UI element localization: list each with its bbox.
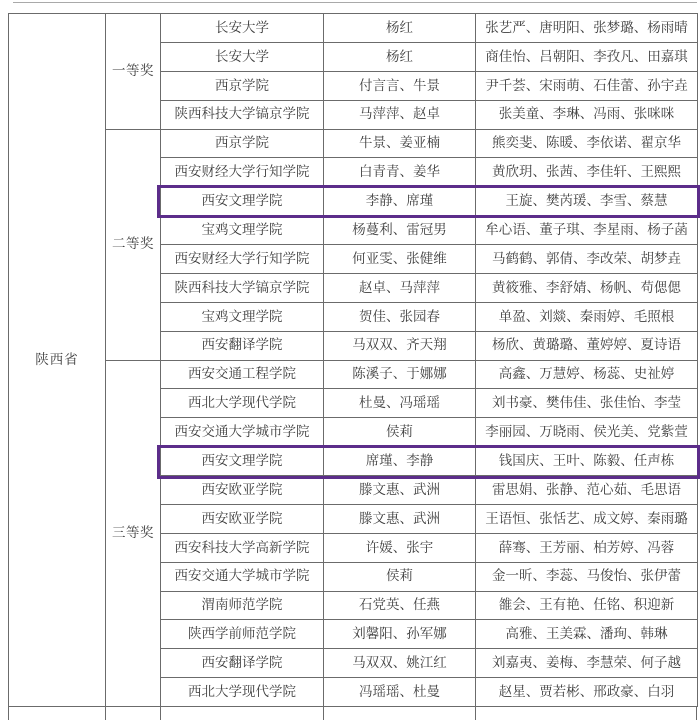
students-cell: 王语恒、张恬艺、成文婷、秦雨璐 <box>476 504 698 533</box>
university-cell: 西安财经大学行知学院 <box>161 158 324 187</box>
university-cell: 西京学院 <box>161 129 324 158</box>
university-cell: 西安翻译学院 <box>161 331 324 360</box>
table-row: 三等奖西安交通工程学院陈溪子、于娜娜高鑫、万慧婷、杨蕊、史祉婷 <box>9 360 698 389</box>
teachers-cell: 陈溪子、于娜娜 <box>324 360 476 389</box>
teachers-cell: 滕文惠、武洲 <box>324 504 476 533</box>
university-cell: 长安大学 <box>161 42 324 71</box>
teachers-cell: 席瑾、李静 <box>324 447 476 476</box>
university-cell: 西北大学现代学院 <box>161 678 324 707</box>
previous-section-border-line <box>13 2 697 3</box>
university-cell: 渭南师范学院 <box>161 591 324 620</box>
university-cell: 西安欧亚学院 <box>161 476 324 505</box>
teachers-cell: 滕文惠、武洲 <box>324 476 476 505</box>
partial-row-border-line <box>475 707 476 720</box>
students-cell: 杨欣、黄璐璐、董婷婷、夏诗语 <box>476 331 698 360</box>
students-cell: 金一昕、李蕊、马俊怡、张伊蕾 <box>476 562 698 591</box>
teachers-cell: 贺佳、张园春 <box>324 302 476 331</box>
students-cell: 黄欣玥、张茜、李佳轩、王熙熙 <box>476 158 698 187</box>
students-cell: 王旋、樊芮瑗、李雪、蔡慧 <box>476 187 698 216</box>
students-cell: 赵星、贾若彬、邢政豪、白羽 <box>476 678 698 707</box>
university-cell: 陕西学前师范学院 <box>161 620 324 649</box>
teachers-cell: 石党英、任燕 <box>324 591 476 620</box>
teachers-cell: 杨红 <box>324 42 476 71</box>
teachers-cell: 杜曼、冯瑶瑶 <box>324 389 476 418</box>
table-row: 二等奖西京学院牛景、姜亚楠熊奕斐、陈暖、李依诺、翟京华 <box>9 129 698 158</box>
teachers-cell: 冯瑶瑶、杜曼 <box>324 678 476 707</box>
teachers-cell: 赵卓、马萍萍 <box>324 273 476 302</box>
university-cell: 西安翻译学院 <box>161 649 324 678</box>
province-cell: 陕西省 <box>9 14 106 707</box>
teachers-cell: 马双双、齐天翔 <box>324 331 476 360</box>
students-cell: 刘书豪、樊伟佳、张佳怡、李莹 <box>476 389 698 418</box>
award-level-cell: 二等奖 <box>106 129 161 360</box>
university-cell: 西安欧亚学院 <box>161 504 324 533</box>
partial-row-border-line <box>696 707 697 720</box>
award-table: 陕西省一等奖长安大学杨红张艺严、唐明阳、张梦璐、杨雨晴长安大学杨红商佳怡、吕朝阳… <box>8 13 698 707</box>
students-cell: 雷思娟、张静、范心茹、毛思语 <box>476 476 698 505</box>
award-table-page: 陕西省一等奖长安大学杨红张艺严、唐明阳、张梦璐、杨雨晴长安大学杨红商佳怡、吕朝阳… <box>0 0 700 720</box>
students-cell: 薛骞、王芳丽、柏芳婷、冯蓉 <box>476 533 698 562</box>
award-level-cell: 一等奖 <box>106 14 161 130</box>
students-cell: 钱国庆、王叶、陈毅、任声栋 <box>476 447 698 476</box>
teachers-cell: 马双双、姚江红 <box>324 649 476 678</box>
teachers-cell: 许媛、张宇 <box>324 533 476 562</box>
university-cell: 西北大学现代学院 <box>161 389 324 418</box>
university-cell: 西安交通大学城市学院 <box>161 418 324 447</box>
university-cell: 长安大学 <box>161 14 324 43</box>
students-cell: 商佳怡、吕朝阳、李孜凡、田嘉琪 <box>476 42 698 71</box>
teachers-cell: 李静、席瑾 <box>324 187 476 216</box>
teachers-cell: 何亚雯、张健维 <box>324 245 476 274</box>
university-cell: 西京学院 <box>161 71 324 100</box>
university-cell: 西安科技大学高新学院 <box>161 533 324 562</box>
teachers-cell: 付言言、牛景 <box>324 71 476 100</box>
award-table-body: 陕西省一等奖长安大学杨红张艺严、唐明阳、张梦璐、杨雨晴长安大学杨红商佳怡、吕朝阳… <box>9 14 698 707</box>
students-cell: 黄筱雅、李舒婧、杨帆、苟偲偲 <box>476 273 698 302</box>
students-cell: 张艺严、唐明阳、张梦璐、杨雨晴 <box>476 14 698 43</box>
next-section-partial-row <box>8 707 697 720</box>
university-cell: 陕西科技大学镐京学院 <box>161 100 324 129</box>
students-cell: 雒会、王有艳、任铭、积迎新 <box>476 591 698 620</box>
partial-row-border-line <box>160 707 161 720</box>
teachers-cell: 杨红 <box>324 14 476 43</box>
partial-row-border-line <box>323 707 324 720</box>
university-cell: 西安财经大学行知学院 <box>161 245 324 274</box>
teachers-cell: 白青青、姜华 <box>324 158 476 187</box>
partial-row-border-line <box>8 707 9 720</box>
students-cell: 高鑫、万慧婷、杨蕊、史祉婷 <box>476 360 698 389</box>
students-cell: 马鹤鹤、郭倩、李改荣、胡梦垚 <box>476 245 698 274</box>
teachers-cell: 马萍萍、赵卓 <box>324 100 476 129</box>
table-row: 陕西省一等奖长安大学杨红张艺严、唐明阳、张梦璐、杨雨晴 <box>9 14 698 43</box>
university-cell: 陕西科技大学镐京学院 <box>161 273 324 302</box>
students-cell: 刘嘉夷、姜梅、李慧荣、何子越 <box>476 649 698 678</box>
university-cell: 宝鸡文理学院 <box>161 216 324 245</box>
students-cell: 熊奕斐、陈暖、李依诺、翟京华 <box>476 129 698 158</box>
teachers-cell: 杨蔓利、雷冠男 <box>324 216 476 245</box>
university-cell: 西安交通工程学院 <box>161 360 324 389</box>
award-level-cell: 三等奖 <box>106 360 161 707</box>
students-cell: 牟心语、董子琪、李星雨、杨子菡 <box>476 216 698 245</box>
teachers-cell: 牛景、姜亚楠 <box>324 129 476 158</box>
students-cell: 张美童、李琳、冯雨、张咪咪 <box>476 100 698 129</box>
students-cell: 高雅、王美霖、潘珣、韩琳 <box>476 620 698 649</box>
students-cell: 尹千荟、宋雨萌、石佳蕾、孙宇垚 <box>476 71 698 100</box>
university-cell: 西安交通大学城市学院 <box>161 562 324 591</box>
university-cell: 西安文理学院 <box>161 187 324 216</box>
teachers-cell: 侯莉 <box>324 562 476 591</box>
partial-row-border-line <box>105 707 106 720</box>
teachers-cell: 侯莉 <box>324 418 476 447</box>
students-cell: 李丽园、万晓雨、侯光美、党紫萱 <box>476 418 698 447</box>
teachers-cell: 刘馨阳、孙军娜 <box>324 620 476 649</box>
university-cell: 西安文理学院 <box>161 447 324 476</box>
students-cell: 单盈、刘燚、秦雨婷、毛照根 <box>476 302 698 331</box>
university-cell: 宝鸡文理学院 <box>161 302 324 331</box>
